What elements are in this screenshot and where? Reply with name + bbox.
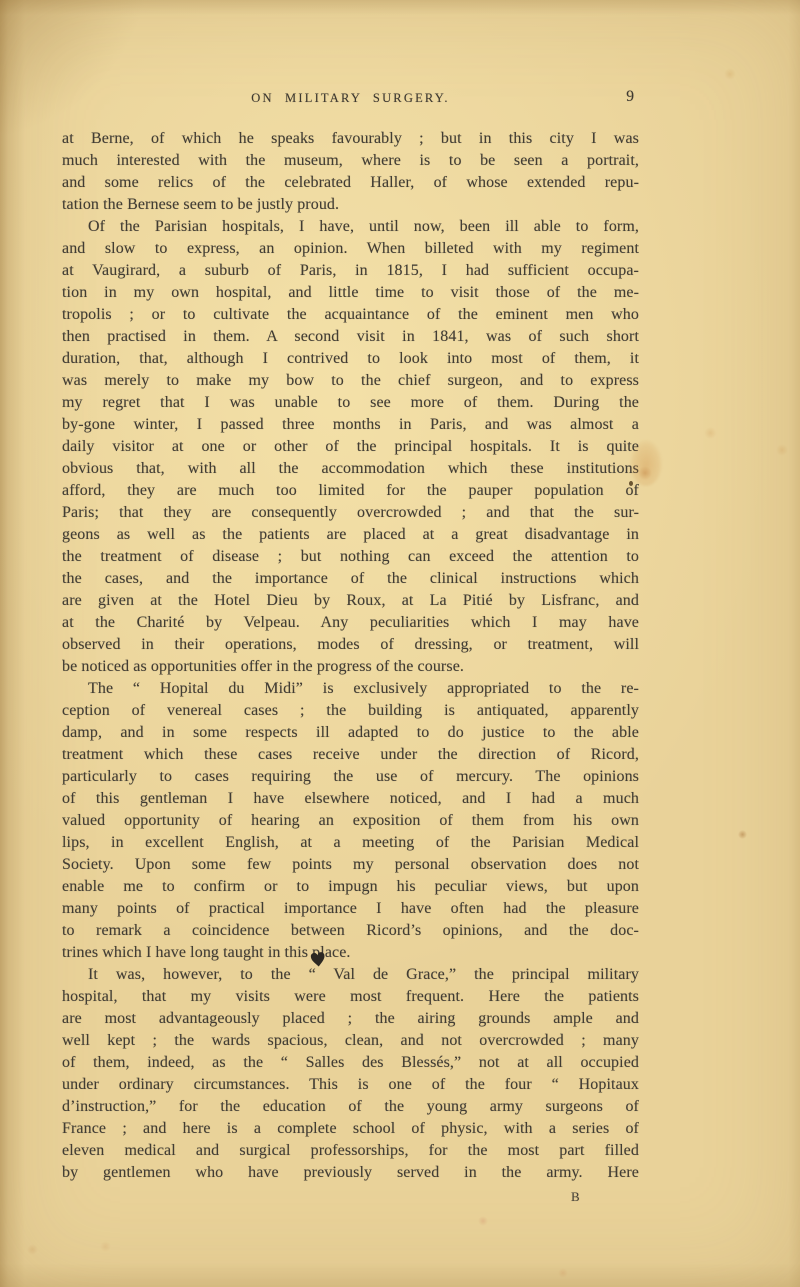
text-line: and slow to express, an opinion. When bi… <box>62 238 639 260</box>
paper-stain <box>724 68 736 80</box>
text-line: tation the Bernese seem to be justly pro… <box>62 194 639 216</box>
text-line: was merely to make my bow to the chief s… <box>62 370 639 392</box>
text-line: of this gentleman I have elsewhere notic… <box>62 788 639 810</box>
text-line: to remark a coincidence between Ricord’s… <box>62 920 639 942</box>
text-line: afford, they are much too limited for th… <box>62 480 639 502</box>
book-page: ON MILITARY SURGERY. 9 at Berne, of whic… <box>0 0 800 1287</box>
text-line: my regret that I was unable to see more … <box>62 392 639 414</box>
text-line: geons as well as the patients are placed… <box>62 524 639 546</box>
text-line: obvious that, with all the accommodation… <box>62 458 639 480</box>
text-line: many points of practical importance I ha… <box>62 898 639 920</box>
text-line: tropolis ; or to cultivate the acquainta… <box>62 304 639 326</box>
text-line: much interested with the museum, where i… <box>62 150 639 172</box>
paper-stain <box>27 1244 38 1255</box>
text-line: at the Charité by Velpeau. Any peculiari… <box>62 612 639 634</box>
text-line: It was, however, to the “ Val de Grace,”… <box>62 964 639 986</box>
text-line: damp, and in some respects ill adapted t… <box>62 722 639 744</box>
text-line: France ; and here is a complete school o… <box>62 1118 639 1140</box>
text-line: observed in their operations, modes of d… <box>62 634 639 656</box>
text-line: and some relics of the celebrated Haller… <box>62 172 639 194</box>
text-line: Paris; that they are consequently overcr… <box>62 502 639 524</box>
text-line: at Berne, of which he speaks favourably … <box>62 128 639 150</box>
text-line: of them, indeed, as the “ Salles des Ble… <box>62 1052 639 1074</box>
signature-mark: B <box>571 1189 580 1205</box>
page-header: ON MILITARY SURGERY. 9 <box>62 91 639 109</box>
text-line: The “ Hopital du Midi” is exclusively ap… <box>62 678 639 700</box>
text-line: are given at the Hotel Dieu by Roux, at … <box>62 590 639 612</box>
text-line: enable me to confirm or to impugn his pe… <box>62 876 639 898</box>
text-line: be noticed as opportunities offer in the… <box>62 656 639 678</box>
text-line: ception of venereal cases ; the building… <box>62 700 639 722</box>
ink-blot <box>310 951 325 967</box>
paper-stain <box>558 1268 568 1278</box>
text-line: hospital, that my visits were most frequ… <box>62 986 639 1008</box>
text-line: the treatment of disease ; but nothing c… <box>62 546 639 568</box>
paper-stain <box>100 1241 111 1252</box>
paper-stain <box>638 466 652 480</box>
text-line: then practised in them. A second visit i… <box>62 326 639 348</box>
text-line: the cases, and the importance of the cli… <box>62 568 639 590</box>
text-line: well kept ; the wards spacious, clean, a… <box>62 1030 639 1052</box>
text-line: by gentlemen who have previously served … <box>62 1162 639 1184</box>
body-text: at Berne, of which he speaks favourably … <box>62 128 639 1184</box>
text-line: trines which I have long taught in this … <box>62 942 639 964</box>
text-line: lips, in excellent English, at a meeting… <box>62 832 639 854</box>
text-line: d’instruction,” for the education of the… <box>62 1096 639 1118</box>
paper-stain <box>704 427 717 439</box>
text-line: Society. Upon some few points my persona… <box>62 854 639 876</box>
text-line: valued opportunity of hearing an exposit… <box>62 810 639 832</box>
paper-stain <box>478 1216 488 1226</box>
text-line: are most advantageously placed ; the air… <box>62 1008 639 1030</box>
paper-stain <box>776 444 788 456</box>
running-title: ON MILITARY SURGERY. <box>62 91 639 106</box>
paper-stain <box>738 830 747 839</box>
text-line: Of the Parisian hospitals, I have, until… <box>62 216 639 238</box>
text-line: eleven medical and surgical professorshi… <box>62 1140 639 1162</box>
text-line: daily visitor at one or other of the pri… <box>62 436 639 458</box>
page-number: 9 <box>626 88 634 106</box>
text-line: under ordinary circumstances. This is on… <box>62 1074 639 1096</box>
text-line: duration, that, although I contrived to … <box>62 348 639 370</box>
text-line: treatment which these cases receive unde… <box>62 744 639 766</box>
text-line: at Vaugirard, a suburb of Paris, in 1815… <box>62 260 639 282</box>
text-line: tion in my own hospital, and little time… <box>62 282 639 304</box>
text-line: by-gone winter, I passed three months in… <box>62 414 639 436</box>
text-line: particularly to cases requiring the use … <box>62 766 639 788</box>
